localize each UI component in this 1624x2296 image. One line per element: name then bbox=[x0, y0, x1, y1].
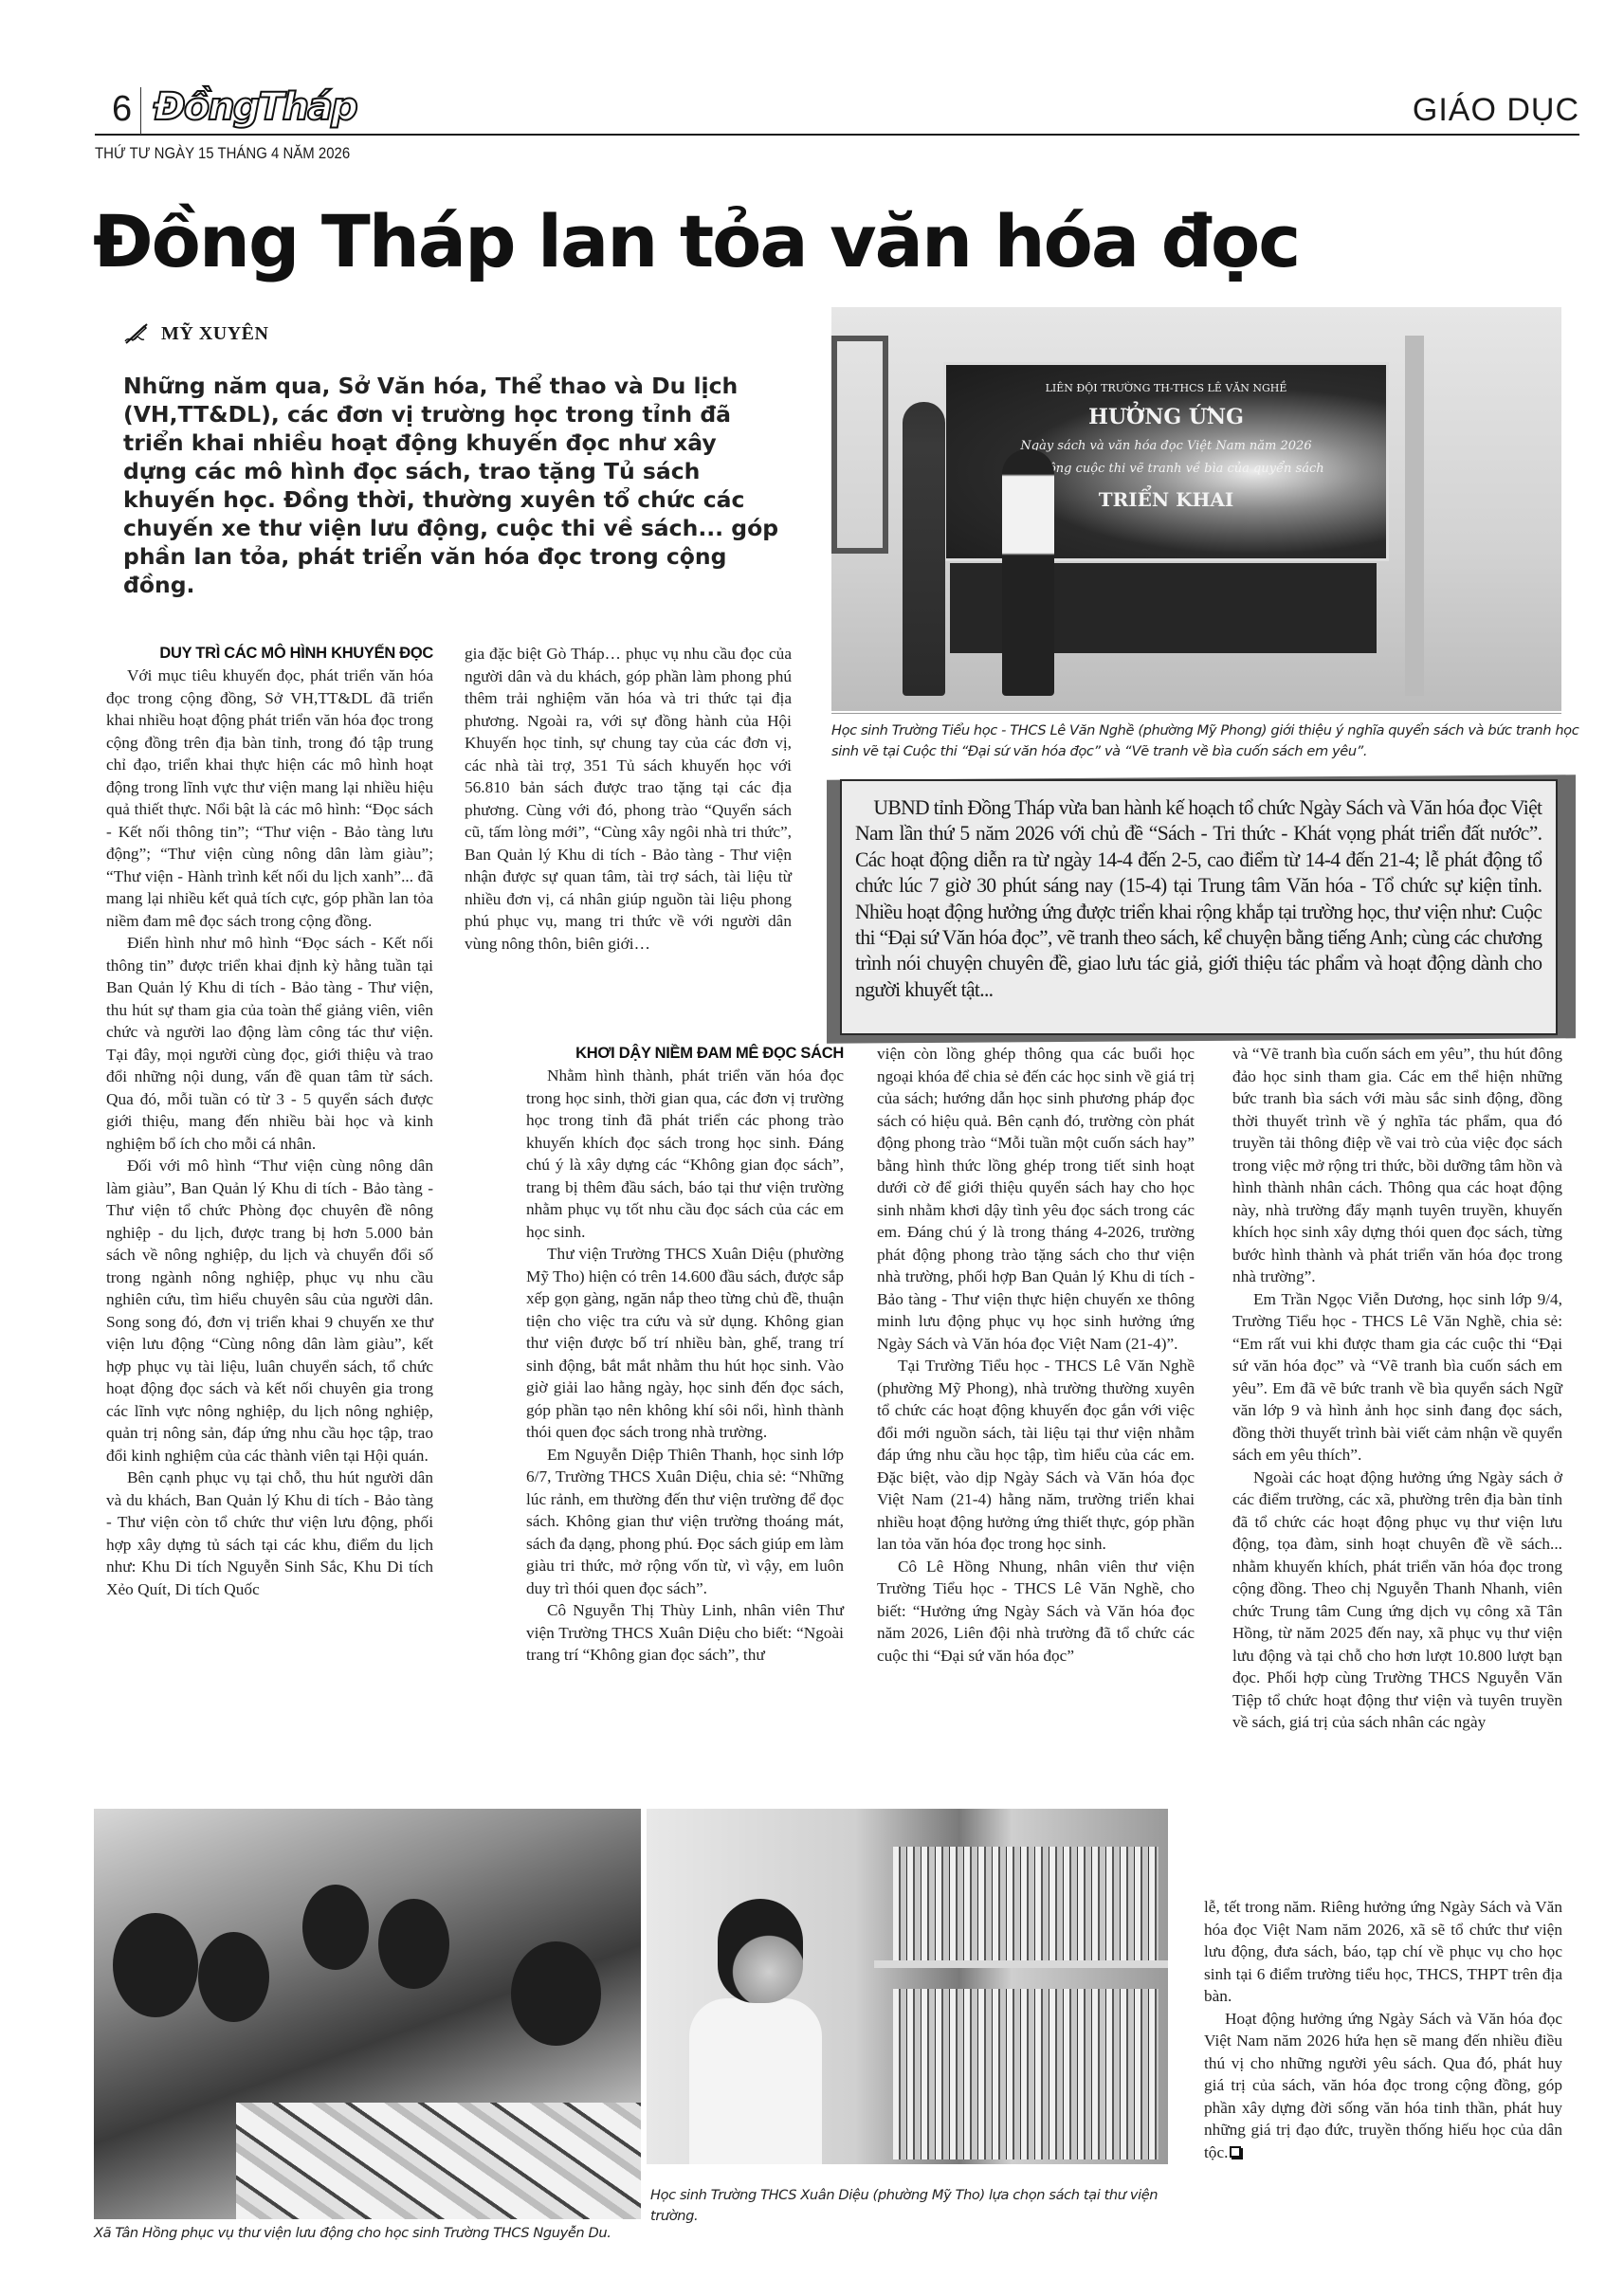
end-square-icon bbox=[1230, 2146, 1241, 2158]
masthead-divider bbox=[140, 87, 141, 135]
author-name: MỸ XUYÊN bbox=[161, 323, 268, 345]
teacher-figure bbox=[903, 402, 945, 696]
highlight-text: UBND tỉnh Đồng Tháp vừa ban hành kế hoạc… bbox=[855, 794, 1542, 1002]
column-3: viện còn lồng ghép thông qua các buổi họ… bbox=[877, 1043, 1195, 1667]
dateline: THỨ TƯ NGÀY 15 THÁNG 4 NĂM 2026 bbox=[95, 144, 350, 163]
photo-mobile-library bbox=[94, 1809, 641, 2219]
student-figure bbox=[1002, 449, 1054, 696]
paragraph-continued: lễ, tết trong năm. Riêng hưởng ứng Ngày … bbox=[1204, 1896, 1562, 2008]
photo-caption-bottom-left: Xã Tân Hồng phục vụ thư viện lưu động ch… bbox=[94, 2223, 663, 2244]
pen-writing-icon bbox=[123, 322, 150, 345]
window-frame bbox=[831, 336, 888, 554]
photo-school-library bbox=[647, 1809, 1168, 2164]
column-1: DUY TRÌ CÁC MÔ HÌNH KHUYẾN ĐỌC Với mục t… bbox=[106, 643, 433, 1600]
paragraph: Đối với mô hình “Thư viện cùng nông dân … bbox=[106, 1155, 433, 1467]
headline: Đồng Tháp lan tỏa văn hóa đọc bbox=[93, 194, 1299, 289]
page-number: 6 bbox=[112, 87, 132, 131]
column-4-lower: lễ, tết trong năm. Riêng hưởng ứng Ngày … bbox=[1204, 1896, 1562, 2163]
board-line: Ngày sách và văn hóa đọc Việt Nam năm 20… bbox=[946, 439, 1386, 453]
paragraph: Thư viện Trường THCS Xuân Diệu (phường M… bbox=[526, 1243, 844, 1444]
paragraph: Tại Trường Tiểu học - THCS Lê Văn Nghề (… bbox=[877, 1355, 1195, 1556]
pillar bbox=[1405, 336, 1424, 696]
bookshelf-row bbox=[893, 1847, 1159, 1960]
paragraph: Cô Nguyễn Thị Thùy Linh, nhân viên Thư v… bbox=[526, 1599, 844, 1667]
newspaper-logo: ĐồngTháp bbox=[154, 83, 356, 131]
paragraph: Ngoài các hoạt động hưởng ứng Ngày sách … bbox=[1232, 1467, 1562, 1734]
paragraph: Nhằm hình thành, phát triển văn hóa đọc … bbox=[526, 1065, 844, 1243]
student-body bbox=[689, 1998, 822, 2164]
board-line: LIÊN ĐỘI TRƯỜNG TH-THCS LÊ VĂN NGHỀ bbox=[946, 382, 1386, 394]
paragraph: Em Trần Ngọc Viễn Dương, học sinh lớp 9/… bbox=[1232, 1288, 1562, 1467]
highlight-box: UBND tỉnh Đồng Tháp vừa ban hành kế hoạc… bbox=[840, 779, 1558, 1035]
paragraph-continued: gia đặc biệt Gò Tháp… phục vụ nhu cầu đọ… bbox=[465, 643, 792, 955]
paragraph: Hoạt động hưởng ứng Ngày Sách và Văn hóa… bbox=[1204, 2008, 1562, 2164]
bookshelf-row bbox=[893, 1989, 1159, 2159]
column-4: và “Vẽ tranh bìa cuốn sách em yêu”, thu … bbox=[1232, 1043, 1562, 1734]
column-2-lower: KHƠI DẬY NIỀM ĐAM MÊ ĐỌC SÁCH Nhằm hình … bbox=[526, 1043, 844, 1667]
photo-caption-bottom-right: Học sinh Trường THCS Xuân Diệu (phường M… bbox=[650, 2185, 1167, 2227]
paragraph-continued: và “Vẽ tranh bìa cuốn sách em yêu”, thu … bbox=[1232, 1043, 1562, 1288]
paragraph: Cô Lê Hồng Nhung, nhân viên thư viện Trư… bbox=[877, 1556, 1195, 1667]
student-head bbox=[511, 1941, 601, 2046]
student-head bbox=[113, 1913, 198, 2017]
subheading-2: KHƠI DẬY NIỀM ĐAM MÊ ĐỌC SÁCH bbox=[526, 1043, 844, 1065]
column-2-upper: gia đặc biệt Gò Tháp… phục vụ nhu cầu đọ… bbox=[465, 643, 792, 955]
student-head bbox=[718, 1899, 803, 2003]
paragraph: Em Nguyễn Diệp Thiên Thanh, học sinh lớp… bbox=[526, 1444, 844, 1600]
subheading-1: DUY TRÌ CÁC MÔ HÌNH KHUYẾN ĐỌC bbox=[106, 643, 433, 665]
book-table bbox=[236, 2103, 641, 2219]
photo-reading-contest-stage: LIÊN ĐỘI TRƯỜNG TH-THCS LÊ VĂN NGHỀ HƯỞN… bbox=[831, 307, 1561, 711]
masthead: 6 ĐồngTháp GIÁO DỤC bbox=[95, 83, 1579, 136]
article-lead: Những năm qua, Sở Văn hóa, Thể thao và D… bbox=[123, 372, 787, 599]
closing-paragraph: Hoạt động hưởng ứng Ngày Sách và Văn hóa… bbox=[1204, 2010, 1562, 2161]
photo-caption-main: Học sinh Trường Tiểu học - THCS Lê Văn N… bbox=[831, 720, 1580, 762]
shelf bbox=[874, 1960, 1168, 1968]
student-head bbox=[378, 1899, 449, 1989]
byline: MỸ XUYÊN bbox=[123, 322, 268, 345]
board-line: HƯỞNG ỨNG bbox=[946, 405, 1386, 429]
student-head bbox=[198, 1932, 269, 2022]
paragraph: Với mục tiêu khuyến đọc, phát triển văn … bbox=[106, 665, 433, 932]
caption-rule bbox=[831, 713, 1561, 714]
section-label: GIÁO DỤC bbox=[1413, 89, 1579, 131]
paragraph-continued: viện còn lồng ghép thông qua các buổi họ… bbox=[877, 1043, 1195, 1355]
paragraph: Bên cạnh phục vụ tại chỗ, thu hút người … bbox=[106, 1467, 433, 1600]
paragraph: Điển hình như mô hình “Đọc sách - Kết nố… bbox=[106, 932, 433, 1155]
student-head bbox=[302, 1885, 369, 1970]
